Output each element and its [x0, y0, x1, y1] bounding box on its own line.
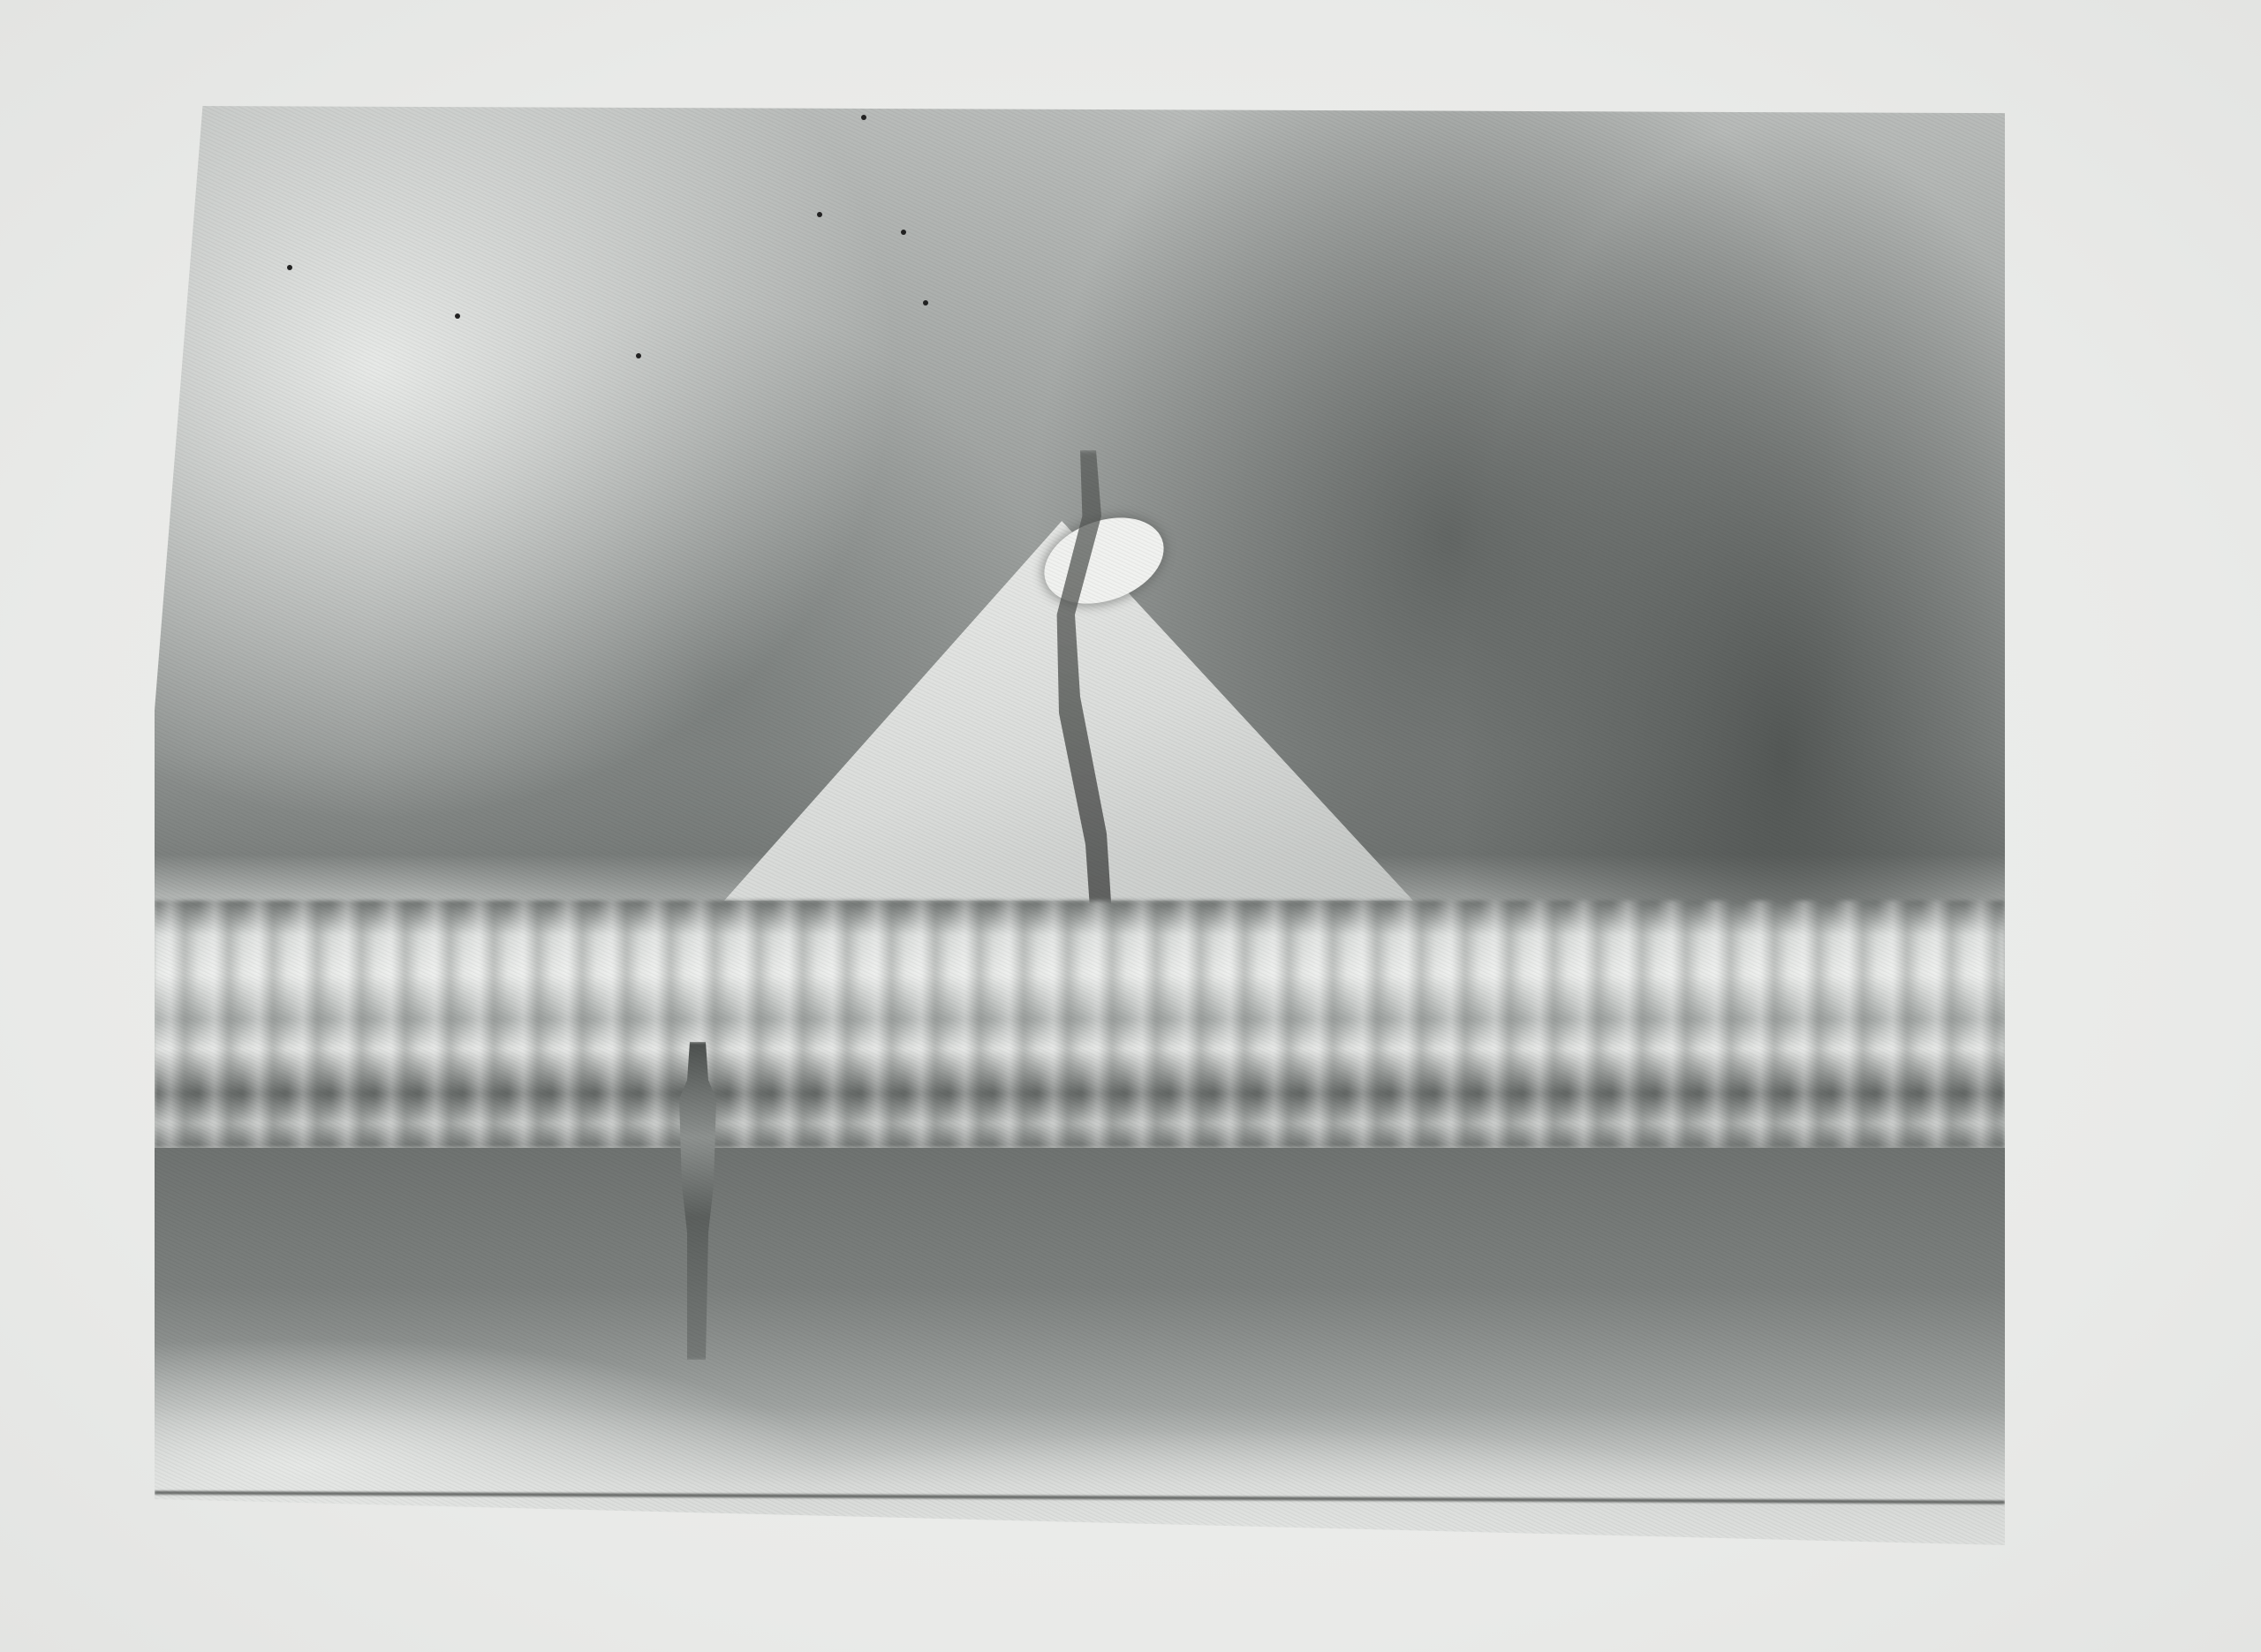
dust-speck — [861, 115, 866, 120]
dust-speck — [923, 300, 928, 306]
paper-page — [0, 0, 2261, 1652]
beach-foreground — [155, 1148, 2005, 1545]
dust-speck — [455, 313, 460, 319]
dust-speck — [287, 265, 292, 270]
breaking-surf — [155, 901, 2005, 1148]
dust-speck — [817, 212, 822, 217]
printed-photograph — [155, 106, 2005, 1545]
dust-speck — [901, 230, 906, 235]
dust-speck — [636, 353, 641, 358]
